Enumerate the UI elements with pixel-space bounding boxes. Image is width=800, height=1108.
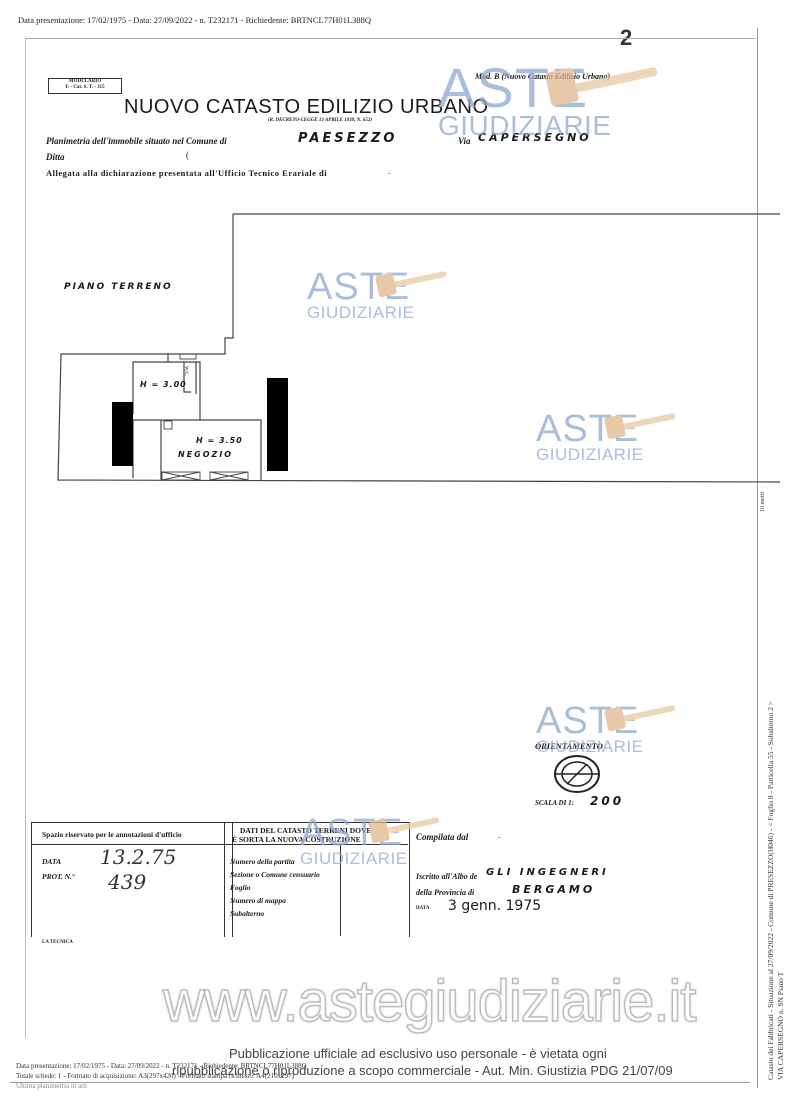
office-box-header: Spazio riservato per le annotazioni d'uf… (42, 830, 182, 839)
divider (224, 844, 408, 845)
scale-label: SCALA DI 1: (535, 799, 574, 807)
redaction-block (112, 402, 133, 466)
footer-rule (10, 1082, 750, 1083)
floor-plan (0, 0, 800, 1108)
compilata-value: . (498, 830, 500, 840)
room1-height: H = 3.00 (140, 380, 187, 389)
la-tecnica-label: LA TECNICA (42, 940, 73, 945)
office-prot-value: 439 (108, 870, 146, 894)
compiler-data-label: DATA (416, 906, 429, 911)
orientation-label: ORIENTAMENTO (535, 741, 603, 751)
office-prot-label: PROT. N.° (42, 872, 75, 881)
room2-name: NEGOZIO (178, 450, 233, 459)
footer-line1: Data presentazione: 17/02/1975 - Data: 2… (16, 1062, 307, 1070)
floor-plan-drawing (0, 0, 800, 1108)
catasto-field: Subalterno (230, 909, 264, 918)
footer-line3: Ultima planimetria in atti (16, 1082, 87, 1090)
catasto-header-line1: DATI DEL CATASTO TERRENI DOVE (240, 826, 371, 835)
provincia-label: della Provincia di (416, 888, 474, 897)
website-watermark: www.astegiudiziarie.it (163, 968, 695, 1035)
catasto-field: Foglio (230, 883, 250, 892)
room2-height: H = 3.50 (196, 436, 243, 445)
side-address: VIA CAPERSEGNO n. SN Piano T (776, 972, 785, 1080)
office-data-label: DATA (42, 857, 61, 866)
compiler-data-value: 3 genn. 1975 (448, 898, 541, 914)
compilata-label: Compilata dal (416, 832, 468, 842)
catasto-field: Numero della partita (230, 857, 295, 866)
catasto-field: Numero di mappa (230, 896, 286, 905)
floor-label: PIANO TERRENO (64, 282, 173, 292)
compass-icon (553, 754, 601, 799)
wc-label: W.C. (183, 366, 188, 376)
publication-notice-line1: Pubblicazione ufficiale ad esclusivo uso… (229, 1046, 607, 1061)
side-catasto-info: Catasto dei Fabbricati - Situazione al 2… (766, 701, 775, 1080)
redaction-block (267, 378, 288, 471)
divider (340, 844, 341, 936)
side-scale-bar-label: 10 metri (760, 492, 766, 512)
office-data-value: 13.2.75 (100, 845, 176, 869)
albo-label: Iscritto all'Albo de (416, 872, 477, 881)
catasto-header-line2: È SORTA LA NUOVA COSTRUZIONE (232, 835, 361, 844)
albo-value: GLI INGEGNERI (486, 867, 609, 878)
footer-line2: Totale schede: 1 - Formato di acquisizio… (16, 1072, 294, 1080)
scale-value: 200 (590, 794, 624, 808)
catasto-field: Sezione o Comune censuario (230, 870, 320, 879)
provincia-value: BERGAMO (512, 883, 595, 896)
